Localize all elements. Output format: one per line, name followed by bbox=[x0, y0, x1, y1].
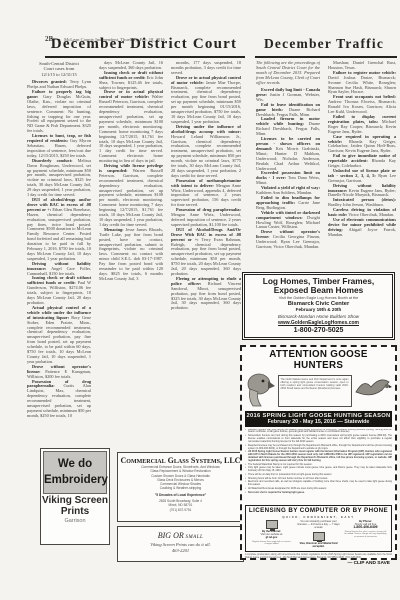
log-homes-phone: 1-800-270-5025 bbox=[245, 327, 392, 334]
licensing-title: LICENSING BY COMPUTER OR BY PHONE bbox=[248, 507, 389, 514]
goose-ad-bullets: •Resident hunters can hunt during this s… bbox=[245, 429, 392, 503]
traffic-entries-1: Exceed daily bag limit - Canada geese: J… bbox=[256, 88, 320, 250]
flying-goose-image bbox=[354, 374, 392, 409]
cards-line: Visa, Discover and MasterCard accepted. bbox=[297, 542, 341, 548]
licensing-middle-cell: You can instantly purchase your licenses… bbox=[295, 520, 342, 548]
licensing-subtitle: QUICK, CONVENIENT, EASY bbox=[248, 515, 389, 519]
glass-services: Commercial Entrance Doors, Storefronts, … bbox=[118, 465, 243, 491]
traffic-entry: Drove without operator's license: Cecili… bbox=[256, 230, 320, 250]
court-entry: Fleeing or attempting to elude a police … bbox=[171, 277, 241, 311]
embroidery-ad: We do Embroidery Viking Screen Prints Ga… bbox=[40, 448, 110, 545]
court-entry: Driving while license privilege is suspe… bbox=[99, 164, 163, 228]
traffic-entry: Fail to give immediate notice of reporta… bbox=[328, 154, 396, 169]
court-entry: Drove or in actual physical control of m… bbox=[171, 76, 241, 125]
goose-bullet: •Non-toxic shot is required for hunting … bbox=[245, 492, 392, 495]
computer-icon bbox=[313, 532, 325, 541]
traffic-entry: Failure to register motor vehicle: David… bbox=[328, 71, 396, 96]
traffic-entries-2: Marshan; Daniel Grenchal Rust, Houston, … bbox=[328, 61, 396, 238]
court-entry: Drove without operator's license: Patien… bbox=[27, 365, 91, 380]
court-entry: DUI of alcohol/drugs and/or drove with B… bbox=[27, 198, 91, 262]
district-court-rule bbox=[45, 56, 245, 58]
traffic-rule bbox=[255, 56, 397, 58]
log-homes-date: February 19th & 20th bbox=[245, 307, 392, 312]
big-or-small-ad: BIG OR SMALL Viking Screen Prints can do… bbox=[117, 526, 244, 562]
court-entry: Drove or in actual physical control of m… bbox=[99, 90, 163, 164]
goose-ad-fine-print: A complete proclamation along with amend… bbox=[245, 554, 392, 560]
big-or-small-title: BIG OR SMALL bbox=[118, 531, 243, 540]
court-column-1: South-Central District Court cases from … bbox=[27, 61, 91, 445]
embroidery-line1: We do bbox=[44, 456, 106, 472]
goose-ad-title: ATTENTION GOOSE HUNTERS bbox=[245, 349, 392, 371]
traffic-entry: Use of electronic communications device … bbox=[328, 218, 396, 238]
traffic-entry: Licenses to be carried on person - shown… bbox=[256, 137, 320, 171]
phone-number: 1-800-406-6409 bbox=[344, 526, 388, 529]
court-entries-2: days McLean County Jail, 16 days suspend… bbox=[99, 61, 163, 282]
goose-season-bar-line2: February 20 - May 15, 2016 — Statewide bbox=[245, 419, 392, 425]
goose-bullet: •All 2016 Spring Light Goose Season hunt… bbox=[245, 451, 392, 463]
court-entry: Possession of drug paraphernalia: Meagan… bbox=[171, 208, 241, 228]
licensing-box: LICENSING BY COMPUTER OR BY PHONE QUICK,… bbox=[245, 505, 392, 552]
licensing-internet-cell: By the Internet: Visit our website at gf… bbox=[248, 520, 295, 548]
court-entries-1: Divorces granted: Terry Lynn Phelps and … bbox=[27, 80, 91, 419]
licensing-phone-cell: By Phone: Simply call toll free 1-800-40… bbox=[342, 520, 389, 548]
computer-icon bbox=[266, 520, 278, 529]
internet-note: Regular license fees apply with no servi… bbox=[250, 541, 294, 546]
big-or-small-phone: 463-2201 bbox=[118, 548, 243, 553]
embroidery-line2: Embroidery bbox=[44, 472, 106, 488]
log-homes-show-name: Bismarck-Mandan Home Builders Show bbox=[245, 314, 392, 319]
case-header: South-Central District Court cases from … bbox=[27, 61, 91, 77]
traffic-intro: The following are the proceedings of Sou… bbox=[256, 61, 320, 86]
court-entry: Possession of drug paraphernalia: Curtis… bbox=[27, 380, 91, 419]
log-homes-ad: Log Homes, Timber Frames, Exposed Beam H… bbox=[242, 272, 395, 340]
court-entry: Actual physical control of a vehicle whi… bbox=[27, 306, 91, 365]
traffic-entry: Failed to dim headlamps for approaching … bbox=[256, 196, 320, 211]
embroidery-city: Garrison bbox=[41, 518, 109, 524]
goose-season-bar: 2016 SPRING LIGHT GOOSE HUNTING SEASON F… bbox=[245, 411, 392, 427]
traffic-entry: Case required in operating a vehicle: Rh… bbox=[328, 135, 396, 155]
goose-bullet: •Nonresident hunters can hunt during thi… bbox=[245, 435, 392, 444]
log-homes-title-2: Exposed Beam Homes bbox=[245, 286, 392, 295]
court-entry: Disorderly conduct: Melissa Dawn Roughma… bbox=[27, 159, 91, 198]
traffic-entry: Driving without liability insurance: Kev… bbox=[328, 184, 396, 199]
traffic-entry: Loaded firearm in motor vehicle while hu… bbox=[256, 117, 320, 137]
newspaper-page: 2B— McLean County Independent, Thursday,… bbox=[0, 0, 400, 600]
court-column-3: months, 177 days suspended, 18 months pr… bbox=[171, 61, 241, 445]
traffic-column-2: Marshan; Daniel Grenchal Rust, Houston, … bbox=[328, 61, 396, 269]
goose-ad-art-row: The North Dakota Game and Fish Departmen… bbox=[245, 372, 392, 410]
log-homes-url: www.GoldenEagleLogHomes.com bbox=[245, 320, 392, 326]
traffic-column-1: The following are the proceedings of Sou… bbox=[256, 61, 320, 269]
traffic-headline: December Traffic bbox=[250, 36, 398, 52]
goose-season-bar-line1: 2016 SPRING LIGHT GOOSE HUNTING SEASON bbox=[245, 413, 392, 419]
court-entry: Issuing check or draft without sufficien… bbox=[99, 71, 163, 91]
court-entry: Issuing check or draft without sufficien… bbox=[27, 276, 91, 305]
traffic-entry: Fail to leave identification on game bir… bbox=[256, 103, 320, 118]
clip-and-save-label: — CLIP AND SAVE bbox=[245, 561, 392, 566]
big-or-text: BIG OR bbox=[158, 531, 184, 540]
traffic-entry: Exceed daily bag limit - Canada geese: J… bbox=[256, 88, 320, 103]
small-text: SMALL bbox=[184, 535, 204, 540]
court-entry: Licenses to hunt, trap, or fish required… bbox=[27, 134, 91, 159]
internet-url: gf.nd.gov bbox=[250, 536, 294, 539]
licensing-row: By the Internet: Visit our website at gf… bbox=[248, 520, 389, 548]
embroidery-company: Viking Screen Prints bbox=[41, 496, 109, 517]
glass-tagline: "5 Decades of Local Experience" bbox=[118, 493, 243, 497]
court-entries-3: months, 177 days suspended, 18 months pr… bbox=[171, 61, 241, 311]
glass-ad: Commercial Glass Systems, LLC Commercial… bbox=[117, 452, 244, 522]
goose-ad-intro-box: The North Dakota Game and Fish Departmen… bbox=[278, 375, 352, 407]
court-entry: Failure to properly tag big game: Gary D… bbox=[27, 90, 91, 134]
court-entry: DUI of Alcohol/Drugs And/Or Drove With B… bbox=[171, 228, 241, 277]
district-court-headline: December District Court bbox=[38, 36, 250, 53]
court-entry: Menacing: Jesse James Rhoads, Turtle Lak… bbox=[99, 228, 163, 282]
court-entry: Possession of methamphetamine with inten… bbox=[171, 179, 241, 208]
traffic-entry: Failed to display current registration p… bbox=[328, 115, 396, 135]
glass-service-line: Caulking & Weather-stripping bbox=[118, 486, 243, 490]
goose-hunters-ad: ATTENTION GOOSE HUNTERS The North Dakota… bbox=[240, 345, 397, 560]
court-entry: Driving under the influence of alcohol/d… bbox=[171, 125, 241, 179]
glass-company-name: Commercial Glass Systems, LLC bbox=[118, 456, 243, 465]
court-column-2: days McLean County Jail, 16 days suspend… bbox=[99, 61, 163, 445]
middle-line: You can instantly purchase your licenses… bbox=[297, 520, 341, 530]
goose-head-image bbox=[245, 371, 275, 412]
traffic-entry: Exceeded possession limit on ducks - 1 o… bbox=[256, 171, 320, 186]
court-entry: months, 177 days suspended, 18 months pr… bbox=[171, 61, 241, 76]
embroidery-ad-header: We do Embroidery bbox=[43, 451, 107, 494]
log-homes-visit-line: Visit the Golden Eagle Log Homes Booth a… bbox=[245, 296, 392, 300]
traffic-entry: Front seat occupants not belted: Andrew … bbox=[328, 95, 396, 115]
traffic-entry: Unlawful use of license plate or tab - s… bbox=[328, 169, 396, 184]
phone-note: Normal license fee, plus a service charg… bbox=[344, 531, 388, 539]
traffic-entry: Vehicle with tinted or darkened compartm… bbox=[256, 211, 320, 231]
glass-phone: (701) 837-9751 bbox=[118, 508, 243, 512]
big-or-small-line: Viking Screen Prints can do it all. bbox=[118, 542, 243, 547]
glass-address: 2825 South Broadway, Suite 4 Minot, ND 5… bbox=[118, 499, 243, 512]
court-entry: Driving without liability insurance: Ang… bbox=[27, 262, 91, 277]
